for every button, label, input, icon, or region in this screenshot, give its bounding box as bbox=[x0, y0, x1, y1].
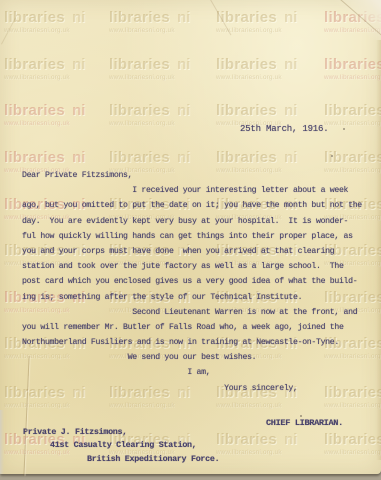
typed-line: Second Lieutenant Warren is now at the f… bbox=[22, 305, 362, 320]
recipient-name: Private J. Fitzsimons, bbox=[23, 427, 127, 437]
typed-line: We send you our best wishes. bbox=[22, 350, 362, 365]
signature-title: CHIEF LIBRARIAN. bbox=[266, 418, 343, 428]
typed-line: ful how quickly willing hands can get th… bbox=[22, 229, 362, 244]
typed-line: day. You are evidently kept very busy at… bbox=[22, 214, 362, 229]
typed-line: post card which you enclosed gives us a … bbox=[22, 274, 362, 289]
typed-line: ago, but you omitted to put the date on … bbox=[22, 198, 362, 213]
ink-speck bbox=[343, 128, 345, 130]
typed-line: Northumberland Fusiliers and is now in t… bbox=[22, 335, 362, 350]
recipient-force: British Expeditionary Force. bbox=[87, 454, 219, 464]
letter-date: 25th March, 1916. bbox=[240, 124, 328, 134]
typed-line: Yours sincerely, bbox=[22, 381, 362, 396]
typed-line: ing is; something after the style of our… bbox=[22, 290, 362, 305]
recipient-station: 41st Casualty Clearing Station, bbox=[50, 440, 197, 450]
ink-speck bbox=[300, 415, 302, 417]
typed-line: I received your interesting letter about… bbox=[22, 183, 362, 198]
typed-line: you will remember Mr. Butler of Falls Ro… bbox=[22, 320, 362, 335]
typed-line: I am, bbox=[22, 365, 362, 380]
typed-line: Dear Private Fitzsimons, bbox=[22, 168, 362, 183]
scanned-letter: librariesniwww.librariesni.org.uklibrari… bbox=[0, 0, 381, 480]
letter-body: Dear Private Fitzsimons, I received your… bbox=[22, 168, 362, 396]
typed-line: station and took over the jute factory a… bbox=[22, 259, 362, 274]
typed-line: you and your corps must have done when y… bbox=[22, 244, 362, 259]
ink-speck bbox=[331, 155, 333, 157]
